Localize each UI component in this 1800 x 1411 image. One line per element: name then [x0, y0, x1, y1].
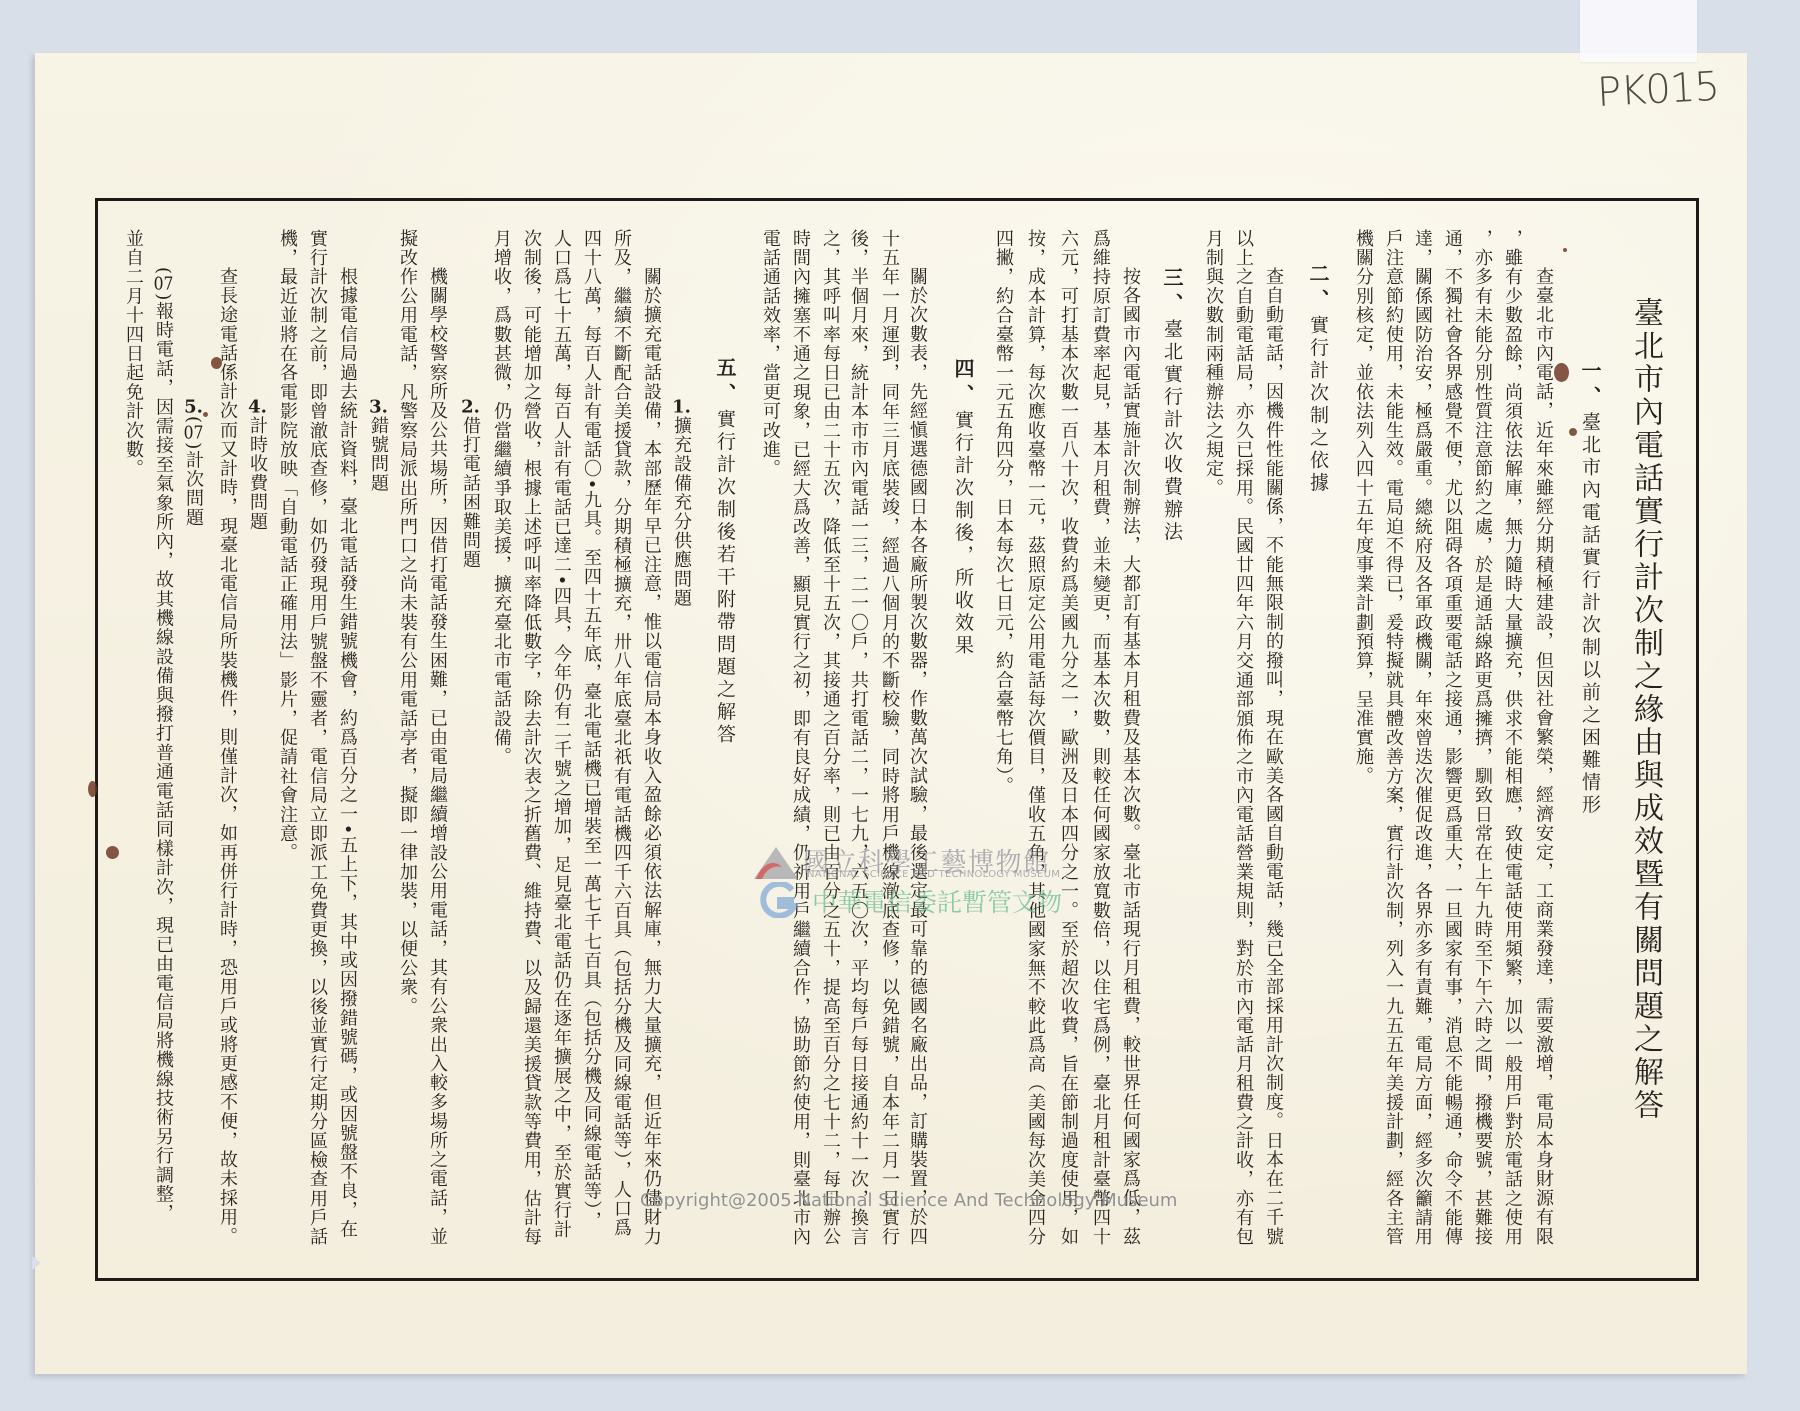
subsection-number: 2.	[460, 398, 481, 416]
subsection-title: (07)計次問題	[183, 416, 204, 527]
subsection-heading: 1.擴充設備充分供應問題	[666, 398, 696, 608]
text-column: 十五年一月運到，同年三月底裝竣，經過八個月的不斷校驗，同時將用戶機線澈底查修，以…	[874, 229, 904, 1247]
text-column: 戶注意節約使用，未能生效。電局迫不得已，爰特擬就具體改善方案，實行計次制，列入一…	[1378, 229, 1408, 1247]
text-column: 查長途電話係計次而又計時，現臺北電信局所裝機件，則僅計次，如再併行計時，恐用戶或…	[212, 267, 242, 1246]
text-column: 之，其呼叫率每日已由二十五次，降低至十五次，其接通之百分率，則已由百分之五十，提…	[815, 229, 845, 1247]
text-column: (07)報時電話，因需接至氣象所內，故其機線設備與撥打普通電話同樣計次，現已由電…	[148, 267, 178, 1223]
text-column: 機關分別核定，並依法列入四十五年度事業計劃預算，呈准實施。	[1348, 229, 1378, 786]
text-column: 六元，可打基本次數一百八十次，收費約爲美國九分之一，歐洲及日本四分之一。至於超次…	[1053, 229, 1083, 1247]
subsection-number: 3.	[368, 398, 389, 416]
text-column: 後，半個月來，統計本市市內電話一三，二一〇戶，共打電話二，一七九，六五〇次，平均…	[843, 229, 873, 1247]
copyright-notice: Copyright@2005 National Science And Tech…	[640, 1190, 1177, 1211]
text-column: 查自動電話，因機件性能關係，不能無限制的撥叫，現在歐美各國自動電話，幾已全部採用…	[1258, 267, 1288, 1246]
text-column: 人口爲七十五萬，每百人計有電話已達二•四具，今年仍有二千號之增加，足見臺北電話仍…	[546, 229, 576, 1239]
text-column: 關於擴充電話設備，本部歷年早已注意，惟以電信局本身收入盈餘必須依法解庫，無力大量…	[636, 267, 666, 1246]
text-column: 爲維持原訂費率起見，基本月租費，並未變更，而基本次數，則較任何國家放寬數倍，以住…	[1085, 229, 1115, 1247]
subsection-number: 1.	[671, 398, 692, 416]
text-column: 按各國市內電話實施計次制辦法，大都訂有基本月租費及基本次數。臺北市話現行月租費，…	[1115, 267, 1145, 1246]
section-heading-text: 實行計次制後若干附帶問題之解答	[714, 409, 736, 747]
section-heading-text: 臺北實行計次收費辦法	[1161, 319, 1183, 544]
document-title: 臺北市內電話實行計次制之緣由與成效暨有關問題之解答	[1625, 297, 1665, 1122]
ink-stain	[211, 357, 222, 369]
text-column: 擬改作公用電話，凡警察局派出所門口之尚未裝有公用電話亭者，擬即一律加裝，以便公衆…	[392, 229, 422, 1016]
section-heading: 二、實行計次制之依據	[1303, 263, 1333, 495]
text-column: 根據電信局過去統計資料，臺北電話發生錯號機會，約爲百分之一•五上下，其中或因撥錯…	[332, 267, 362, 1239]
text-column: 關於次數表，先經愼選德國日本各廠所製次數器，作數萬次試驗，最後選定最可靠的德國名…	[902, 267, 932, 1246]
text-column: 按，成本計算，每次應收臺幣一元，茲照原定公用電話每次價目，僅收五角，其他國家無不…	[1020, 229, 1050, 1247]
text-column: 實行計次制之前，即曾澈底查修，如仍發現用戶號盤不靈者，電信局立即派工免費更換，以…	[302, 229, 332, 1247]
text-column: 通，不獨社會各界感覺不便，尤以阻碍各項重要電話之接通，影響更爲重大，一旦國家有事…	[1437, 229, 1467, 1247]
ink-stain	[1554, 363, 1569, 382]
text-column: ，亦多有未能分別性質注意節約之處，於是通話線路更爲擁擠，馴致日常在上午九時至下午…	[1467, 229, 1497, 1247]
subsection-heading: 2.借打電話困難問題	[455, 398, 485, 570]
text-column: 次制後，可能增加之營收，根據上述呼叫率降低數字，除去計次表之折舊費、維持費、以及…	[516, 229, 546, 1247]
ink-stain	[203, 412, 208, 417]
section-number: 四、	[951, 358, 975, 410]
subsection-heading: 3.錯號問題	[363, 398, 393, 493]
text-column: 月制與次數制兩種辦法之規定。	[1198, 229, 1228, 498]
catalog-number: PK015	[1596, 64, 1720, 116]
text-column: 並自二月十四日起免計次數。	[118, 229, 148, 479]
section-number: 三、	[1160, 267, 1184, 319]
text-column: 四撇，約合臺幣一元五角四分，日本每次七日元，約合臺幣七角）。	[988, 229, 1018, 796]
section-number: 一、	[1578, 360, 1602, 412]
text-column: 機，最近並將在各電影院放映「自動電話正確用法」影片，促請社會注意。	[272, 229, 302, 863]
section-number: 二、	[1306, 263, 1330, 315]
subsection-heading: 5.(07)計次問題	[178, 398, 208, 527]
subsection-title: 借打電話困難問題	[460, 416, 481, 570]
text-column: 月增收，爲數甚微，仍當繼續爭取美援，擴充臺北市電話設備。	[486, 229, 516, 767]
subsection-title: 計時收費問題	[247, 416, 268, 531]
text-column: 以上之自動電話局，亦久已採用。民國廿四年六月交通部頒佈之市內電話營業規則，對於市…	[1228, 229, 1258, 1247]
subsection-number: 4.	[247, 398, 268, 416]
ink-stain	[106, 846, 119, 859]
adhesive-tape	[1580, 0, 1697, 62]
subsection-title: 擴充設備充分供應問題	[671, 416, 692, 608]
text-column: 機關學校警察所及公共場所，因借打電話發生困難，已由電局繼續增設公用電話，其有公衆…	[422, 267, 452, 1246]
text-column: 所及，繼續不斷配合美援貸款，分期積極擴充，卅八年底臺北祇有電話機四千六百具（包括…	[606, 229, 636, 1238]
section-heading: 一、臺北市內電話實行計次制以前之困難情形	[1575, 360, 1605, 817]
paper-tear	[32, 1256, 41, 1270]
section-heading: 三、臺北實行計次收費辦法	[1157, 267, 1187, 544]
subsection-heading: 4.計時收費問題	[242, 398, 272, 531]
section-heading-text: 臺北市內電話實行計次制以前之困難情形	[1579, 412, 1601, 817]
text-column: ，雖有少數盈餘，尚須依法解庫，無力隨時大量擴充，供求不能相應，致使電話使用頻繁，…	[1497, 229, 1527, 1247]
text-column: 電話通話效率，當更可改進。	[755, 229, 785, 479]
section-heading-text: 實行計次制後，所收效果	[952, 410, 974, 658]
ink-stain	[88, 781, 97, 797]
ink-stain	[1569, 428, 1577, 436]
ink-stain	[1563, 248, 1567, 252]
section-heading-text: 實行計次制之依據	[1307, 315, 1329, 495]
section-heading: 五、實行計次制後若干附帶問題之解答	[710, 357, 740, 747]
section-number: 五、	[713, 357, 737, 409]
subsection-number: 5.	[183, 398, 204, 416]
section-heading: 四、實行計次制後，所收效果	[948, 358, 978, 658]
text-column: 達，關係國防治安，極爲嚴重。總統府及各軍政機關，年來曾迭次催促改進，各界亦多有責…	[1407, 229, 1437, 1247]
subsection-title: 錯號問題	[368, 416, 389, 493]
text-column: 查臺北市內電話，近年來雖經分期積極建設，但因社會繁榮，經濟安定，工商業發達，需要…	[1528, 267, 1558, 1246]
text-column: 四十八萬，每百人計有電話〇•九具。至四十五年底，臺北電話機已增裝至一萬七千七百具…	[576, 229, 606, 1230]
text-column: 時間內擁塞不通之現象，已經大爲改善，顯見實行之初，即有良好成績，仍祈用戶繼續合作…	[785, 229, 815, 1247]
